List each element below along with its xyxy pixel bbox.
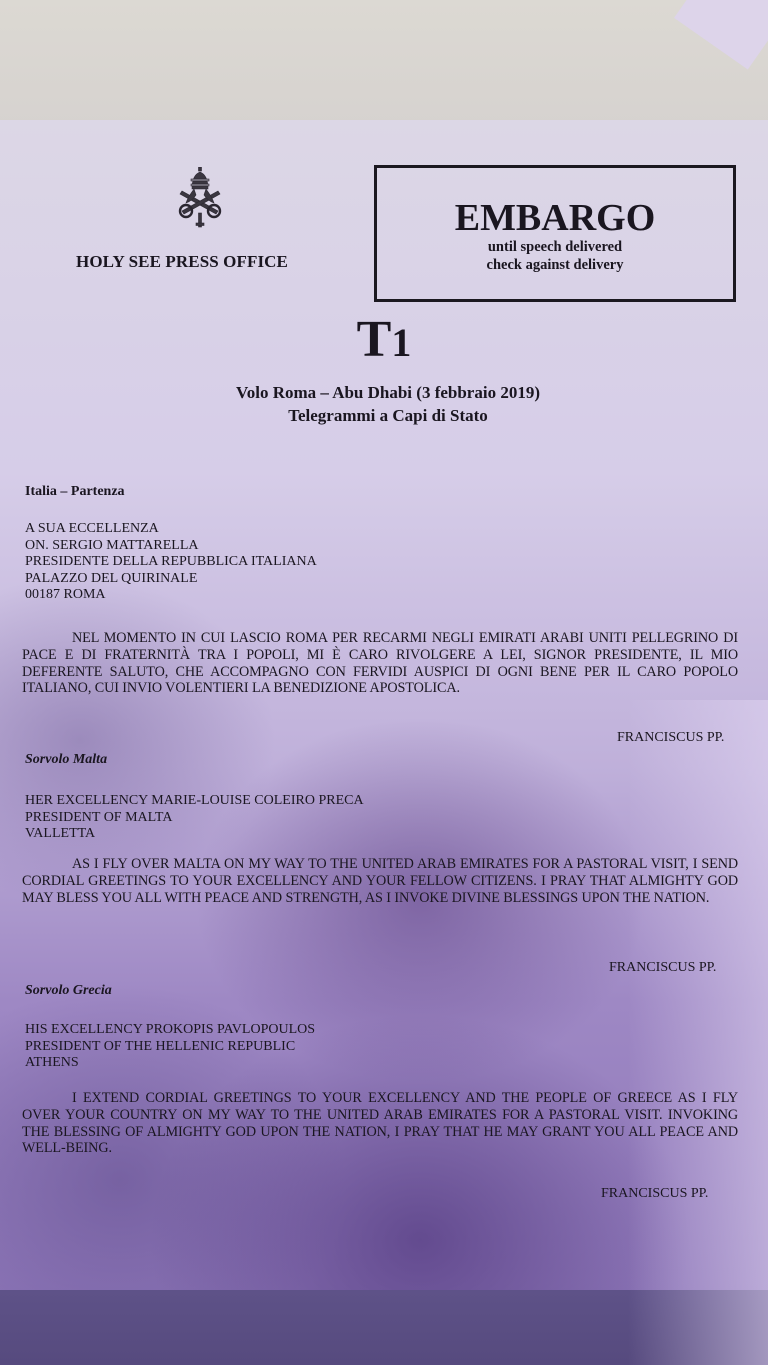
telegram-heading-malta: Sorvolo Malta: [25, 752, 107, 768]
address-line: PRESIDENT OF THE HELLENIC REPUBLIC: [25, 1039, 315, 1056]
telegram-signature-grecia: FRANCISCUS PP.: [601, 1186, 708, 1202]
press-office-name: HOLY SEE PRESS OFFICE: [76, 252, 326, 272]
embargo-title: EMBARGO: [377, 198, 733, 238]
address-line: PRESIDENTE DELLA REPUBBLICA ITALIANA: [25, 554, 317, 571]
address-line: ATHENS: [25, 1055, 315, 1072]
document-code-letter: T: [357, 311, 392, 368]
address-line: PALAZZO DEL QUIRINALE: [25, 571, 317, 588]
papal-crest-icon: [176, 167, 224, 229]
address-line: PRESIDENT OF MALTA: [25, 810, 364, 827]
address-line: ON. SERGIO MATTARELLA: [25, 538, 317, 555]
telegram-heading-grecia: Sorvolo Grecia: [25, 983, 112, 999]
desk-surface: [0, 0, 768, 130]
telegram-body-malta: AS I FLY OVER MALTA ON MY WAY TO THE UNI…: [22, 856, 738, 906]
telegram-address-malta: HER EXCELLENCY MARIE-LOUISE COLEIRO PREC…: [25, 793, 364, 843]
shadowed-surface: [0, 1290, 768, 1365]
document-title-line-2: Telegrammi a Capi di Stato: [0, 405, 768, 427]
telegram-body-italia: NEL MOMENTO IN CUI LASCIO ROMA PER RECAR…: [22, 630, 738, 697]
embargo-line-2: check against delivery: [377, 256, 733, 274]
telegram-address-grecia: HIS EXCELLENCY PROKOPIS PAVLOPOULOS PRES…: [25, 1022, 315, 1072]
document-code-number: 1: [391, 320, 411, 365]
embargo-line-1: until speech delivered: [377, 238, 733, 256]
telegram-address-italia: A SUA ECCELLENZA ON. SERGIO MATTARELLA P…: [25, 521, 317, 604]
address-line: 00187 ROMA: [25, 587, 317, 604]
telegram-heading-italia: Italia – Partenza: [25, 484, 125, 500]
document-title-line-1: Volo Roma – Abu Dhabi (3 febbraio 2019): [0, 382, 768, 404]
address-line: HIS EXCELLENCY PROKOPIS PAVLOPOULOS: [25, 1022, 315, 1039]
address-line: HER EXCELLENCY MARIE-LOUISE COLEIRO PREC…: [25, 793, 364, 810]
telegram-body-grecia: I EXTEND CORDIAL GREETINGS TO YOUR EXCEL…: [22, 1090, 738, 1157]
address-line: VALLETTA: [25, 826, 364, 843]
telegram-signature-italia: FRANCISCUS PP.: [617, 730, 724, 746]
photo-stage: HOLY SEE PRESS OFFICE EMBARGO until spee…: [0, 0, 768, 1365]
address-line: A SUA ECCELLENZA: [25, 521, 317, 538]
embargo-box: EMBARGO until speech delivered check aga…: [374, 165, 736, 302]
document-code: T1: [0, 312, 768, 371]
telegram-signature-malta: FRANCISCUS PP.: [609, 960, 716, 976]
